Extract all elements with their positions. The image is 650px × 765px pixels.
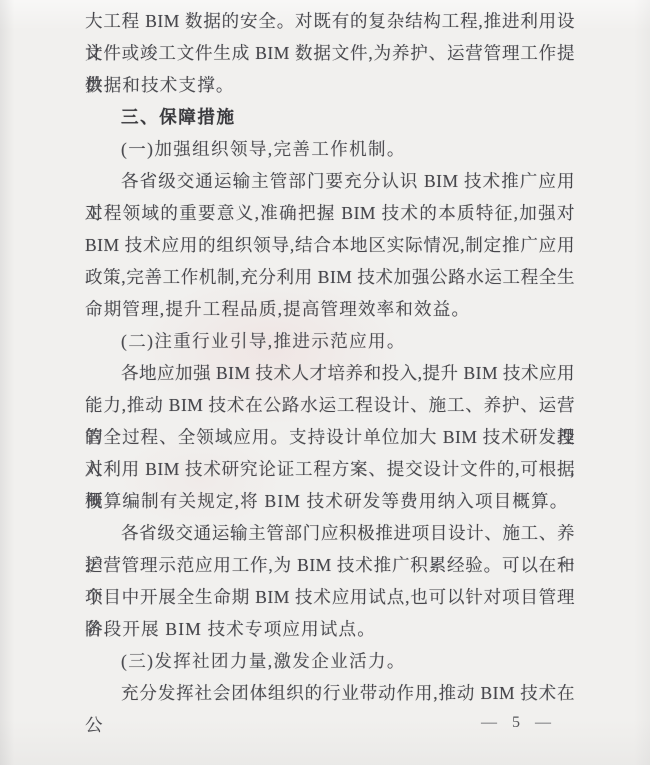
text-line: 能力,推动 BIM 技术在公路水运工程设计、施工、养护、运营管理 (85, 389, 575, 421)
text-line: 充分发挥社会团体组织的行业带动作用,推动 BIM 技术在公 (85, 677, 575, 709)
text-line: 各省级交通运输主管部门应积极推进项目设计、施工、养护和 (85, 517, 575, 549)
text-line: 文件或竣工文件生成 BIM 数据文件,为养护、运营管理工作提供 (85, 37, 575, 69)
text-line: 大工程 BIM 数据的安全。对既有的复杂结构工程,推进利用设计 (85, 5, 575, 37)
text-line: 各地应加强 BIM 技术人才培养和投入,提升 BIM 技术应用 (85, 357, 575, 389)
document-page: 大工程 BIM 数据的安全。对既有的复杂结构工程,推进利用设计文件或竣工文件生成… (0, 0, 650, 765)
text-line: 对利用 BIM 技术研究论证工程方案、提交设计文件的,可根据概 (85, 453, 575, 485)
text-line: 的全过程、全领域应用。支持设计单位加大 BIM 技术研发投入, (85, 421, 575, 453)
text-line: 数据和技术支撑。 (85, 69, 575, 101)
sub-heading: (三)发挥社团力量,激发企业活力。 (85, 645, 575, 677)
text-line: 运营管理示范应用工作,为 BIM 技术推广积累经验。可以在一个 (85, 549, 575, 581)
text-line: 各省级交通运输主管部门要充分认识 BIM 技术推广应用对 (85, 165, 575, 197)
text-line: 项目中开展全生命期 BIM 技术应用试点,也可以针对项目管理各 (85, 581, 575, 613)
text-line: 政策,完善工作机制,充分利用 BIM 技术加强公路水运工程全生 (85, 261, 575, 293)
text-line: 预算编制有关规定,将 BIM 技术研发等费用纳入项目概算。 (85, 485, 575, 517)
section-heading: 三、保障措施 (85, 101, 575, 133)
sub-heading: (二)注重行业引导,推进示范应用。 (85, 325, 575, 357)
text-line: BIM 技术应用的组织领导,结合本地区实际情况,制定推广应用 (85, 229, 575, 261)
text-line: 阶段开展 BIM 技术专项应用试点。 (85, 613, 575, 645)
text-line: 工程领域的重要意义,准确把握 BIM 技术的本质特征,加强对 (85, 197, 575, 229)
sub-heading: (一)加强组织领导,完善工作机制。 (85, 133, 575, 165)
page-number: — 5 — (481, 712, 552, 734)
text-line: 命期管理,提升工程品质,提高管理效率和效益。 (85, 293, 575, 325)
document-text-block: 大工程 BIM 数据的安全。对既有的复杂结构工程,推进利用设计文件或竣工文件生成… (85, 5, 575, 709)
